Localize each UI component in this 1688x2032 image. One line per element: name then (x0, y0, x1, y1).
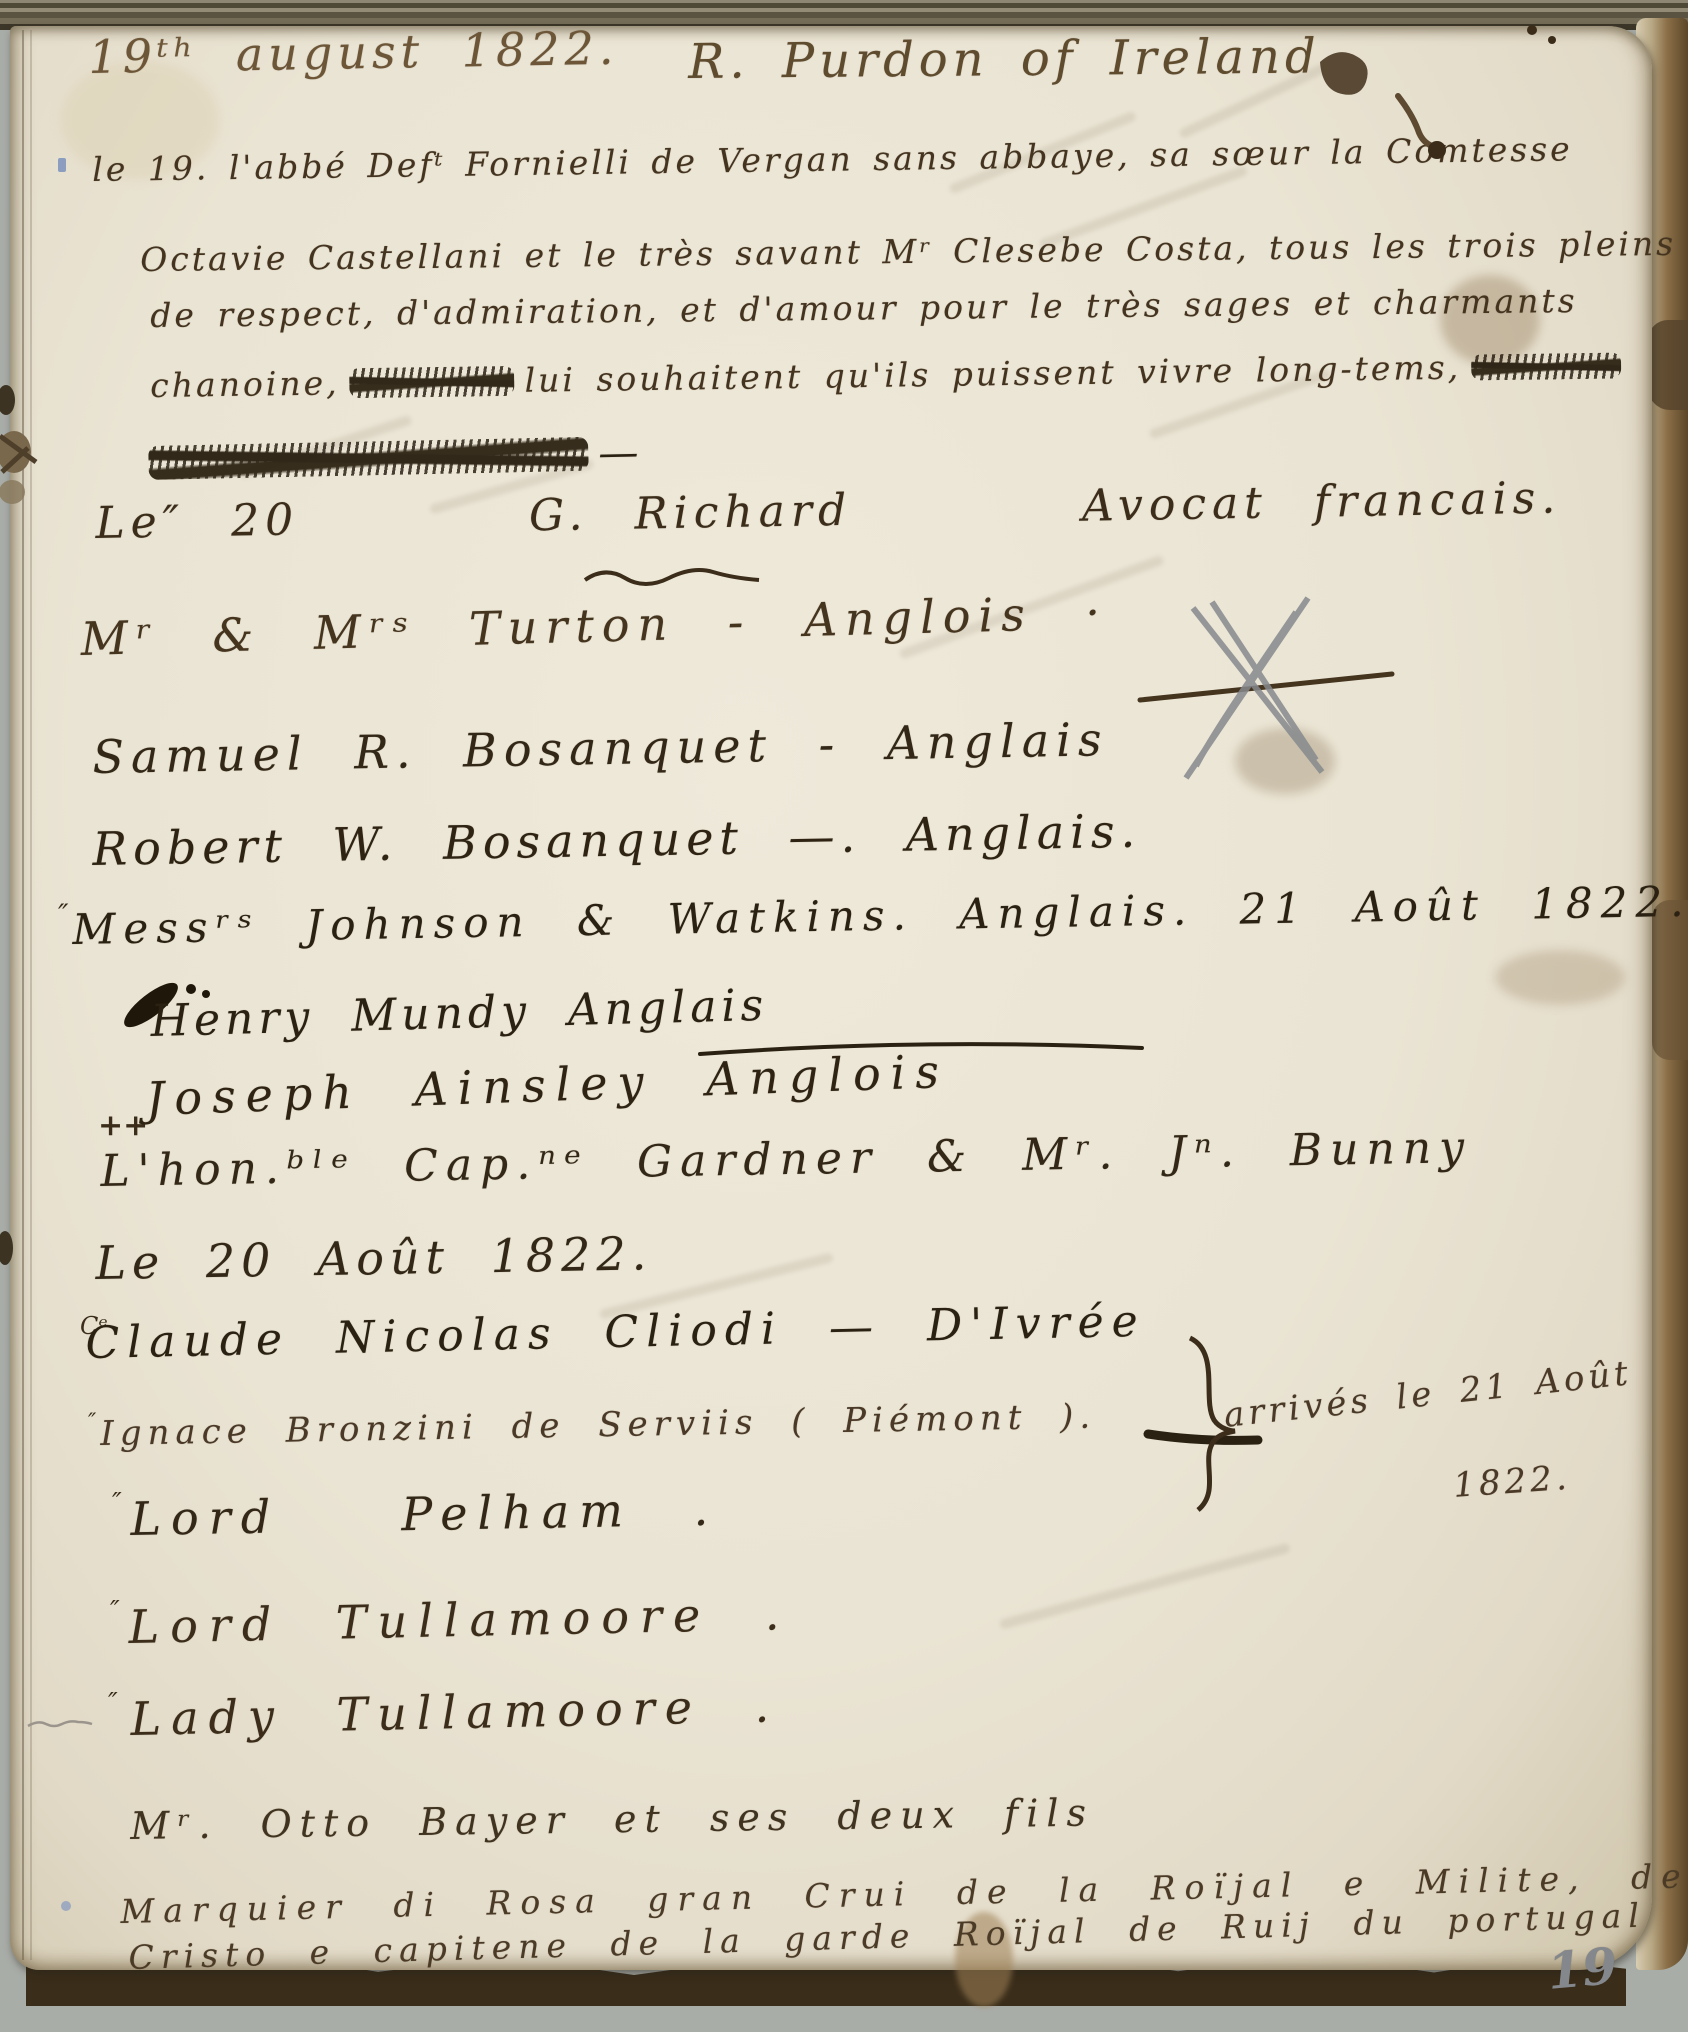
page-number: 19 (1545, 1936, 1619, 2001)
ink-scribble (1471, 352, 1621, 380)
ink-stain (1235, 728, 1335, 794)
page-fold-line (22, 30, 24, 1960)
ink-scribble (148, 437, 589, 480)
page-fold-line (30, 30, 32, 1960)
entry-lord-pelham: Lord Pelham . (130, 1482, 719, 1546)
margin-mark: ″ (112, 1488, 122, 1518)
margin-mark: ++ (98, 1108, 148, 1143)
margin-mark: ″ (58, 898, 68, 931)
paragraph-line-5-dash: — (598, 430, 639, 477)
torn-edge-notch (1648, 320, 1688, 410)
entry-date-20-aout: Le 20 Août 1822. (95, 1226, 653, 1290)
margin-mark: ″ (108, 1688, 118, 1718)
paragraph-line-4-start: chanoine, (150, 363, 340, 405)
header-name: R. Purdon of Ireland (688, 28, 1321, 90)
margin-mark: ″ (110, 1596, 120, 1626)
arrival-note-line-2: 1822. (1452, 1458, 1572, 1506)
ink-scribble (349, 365, 514, 397)
margin-mark: ″ (88, 1410, 96, 1435)
ink-blot (186, 984, 196, 994)
ink-stain (1495, 950, 1625, 1005)
header-date: 19ᵗʰ august 1822. (88, 21, 619, 84)
scanned-manuscript: 19ᵗʰ august 1822. R. Purdon of Ireland l… (0, 0, 1688, 2032)
